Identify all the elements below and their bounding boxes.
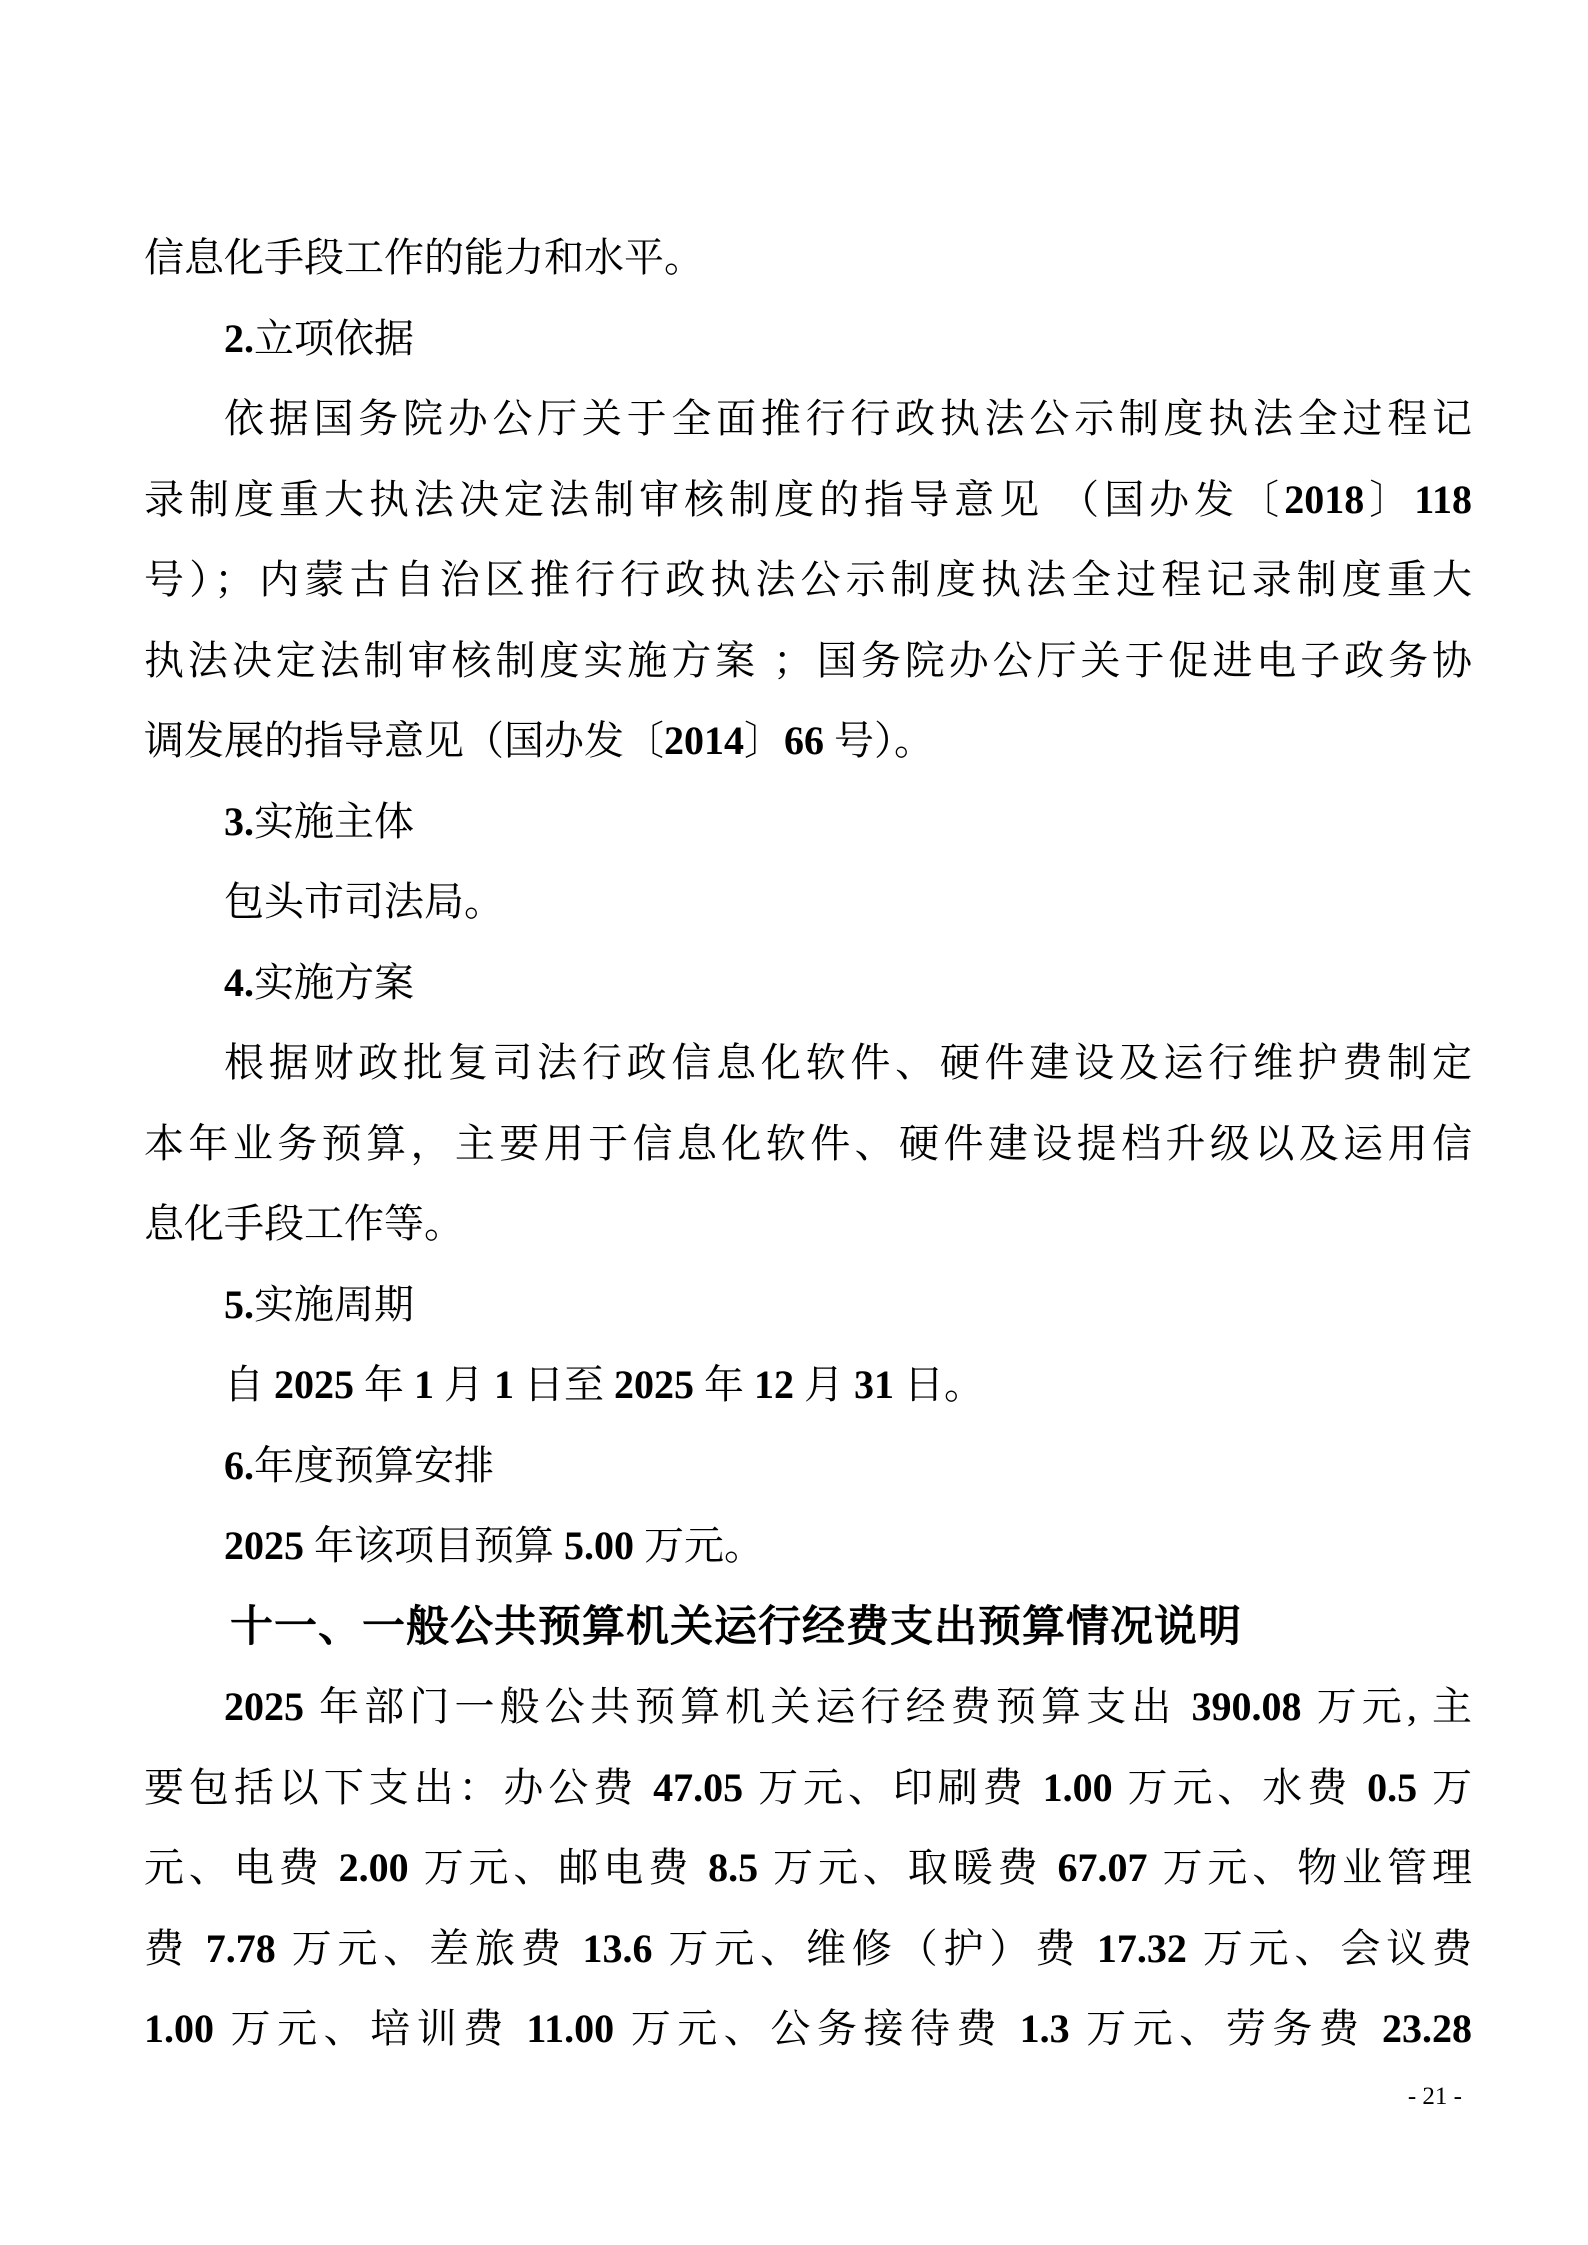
numeric-value: 3. xyxy=(224,799,254,844)
text-line: 信息化手段工作的能力和水平。 xyxy=(144,218,1472,299)
numeric-value: 0.5 xyxy=(1367,1765,1417,1810)
numeric-value: 1 xyxy=(494,1362,514,1407)
numeric-value: 6. xyxy=(224,1443,254,1488)
numeric-value: 47.05 xyxy=(653,1765,743,1810)
numeric-value: 118 xyxy=(1414,477,1472,522)
numeric-value: 1.3 xyxy=(1020,2006,1070,2051)
numeric-value: 2. xyxy=(224,316,254,361)
numeric-value: 2025 xyxy=(614,1362,694,1407)
numeric-value: 1.00 xyxy=(1043,1765,1113,1810)
text-line: 2.立项依据 xyxy=(144,299,1472,380)
text-line: 3.实施主体 xyxy=(144,782,1472,863)
numeric-value: 5. xyxy=(224,1282,254,1327)
text-line: 根据财政批复司法行政信息化软件、硬件建设及运行维护费制定 xyxy=(144,1023,1472,1104)
text-line: 6.年度预算安排 xyxy=(144,1426,1472,1507)
document-body: 信息化手段工作的能力和水平。2.立项依据依据国务院办公厅关于全面推行行政执法公示… xyxy=(144,218,1472,2070)
numeric-value: 66 xyxy=(784,718,824,763)
text-line: 号）；内蒙古自治区推行行政执法公示制度执法全过程记录制度重大 xyxy=(144,540,1472,621)
numeric-value: 23.28 xyxy=(1382,2006,1472,2051)
numeric-value: 17.32 xyxy=(1097,1926,1187,1971)
document-page: 信息化手段工作的能力和水平。2.立项依据依据国务院办公厅关于全面推行行政执法公示… xyxy=(0,0,1588,2245)
numeric-value: 2.00 xyxy=(339,1845,409,1890)
numeric-value: 11.00 xyxy=(526,2006,614,2051)
numeric-value: 390.08 xyxy=(1192,1684,1302,1729)
text-line: 息化手段工作等。 xyxy=(144,1184,1472,1265)
numeric-value: 1 xyxy=(414,1362,434,1407)
text-line: 元、电费 2.00 万元、邮电费 8.5 万元、取暖费 67.07 万元、物业管… xyxy=(144,1828,1472,1909)
numeric-value: 2025 xyxy=(224,1523,304,1568)
text-line: 自 2025 年 1 月 1 日至 2025 年 12 月 31 日。 xyxy=(144,1345,1472,1426)
text-line: 2025 年该项目预算 5.00 万元。 xyxy=(144,1506,1472,1587)
numeric-value: 2025 xyxy=(224,1684,304,1729)
text-line: 录制度重大执法决定法制审核制度的指导意见 （国办发〔2018〕118 xyxy=(144,460,1472,541)
numeric-value: 12 xyxy=(754,1362,794,1407)
numeric-value: 2025 xyxy=(274,1362,354,1407)
numeric-value: 4. xyxy=(224,960,254,1005)
numeric-value: 2018 xyxy=(1284,477,1364,522)
text-line: 5.实施周期 xyxy=(144,1265,1472,1346)
text-line: 4.实施方案 xyxy=(144,943,1472,1024)
text-line: 执法决定法制审核制度实施方案 ；国务院办公厅关于促进电子政务协 xyxy=(144,621,1472,702)
text-line: 包头市司法局。 xyxy=(144,862,1472,943)
text-line: 费 7.78 万元、差旅费 13.6 万元、维修（护）费 17.32 万元、会议… xyxy=(144,1909,1472,1990)
numeric-value: 2014 xyxy=(664,718,744,763)
numeric-value: 67.07 xyxy=(1058,1845,1148,1890)
page-number: - 21 - xyxy=(1408,2082,1462,2112)
numeric-value: 1.00 xyxy=(144,2006,214,2051)
numeric-value: 31 xyxy=(854,1362,894,1407)
text-line: 1.00 万元、培训费 11.00 万元、公务接待费 1.3 万元、劳务费 23… xyxy=(144,1989,1472,2070)
text-line: 调发展的指导意见（国办发〔2014〕66 号）。 xyxy=(144,701,1472,782)
numeric-value: 5.00 xyxy=(564,1523,634,1568)
text-line: 2025 年部门一般公共预算机关运行经费预算支出 390.08 万元, 主 xyxy=(144,1667,1472,1748)
section-heading: 十一、一般公共预算机关运行经费支出预算情况说明 xyxy=(144,1587,1472,1668)
numeric-value: 7.78 xyxy=(206,1926,276,1971)
numeric-value: 8.5 xyxy=(708,1845,758,1890)
numeric-value: 13.6 xyxy=(583,1926,653,1971)
text-line: 本年业务预算，主要用于信息化软件、硬件建设提档升级以及运用信 xyxy=(144,1104,1472,1185)
text-line: 要包括以下支出：办公费 47.05 万元、印刷费 1.00 万元、水费 0.5 … xyxy=(144,1748,1472,1829)
text-line: 依据国务院办公厅关于全面推行行政执法公示制度执法全过程记 xyxy=(144,379,1472,460)
